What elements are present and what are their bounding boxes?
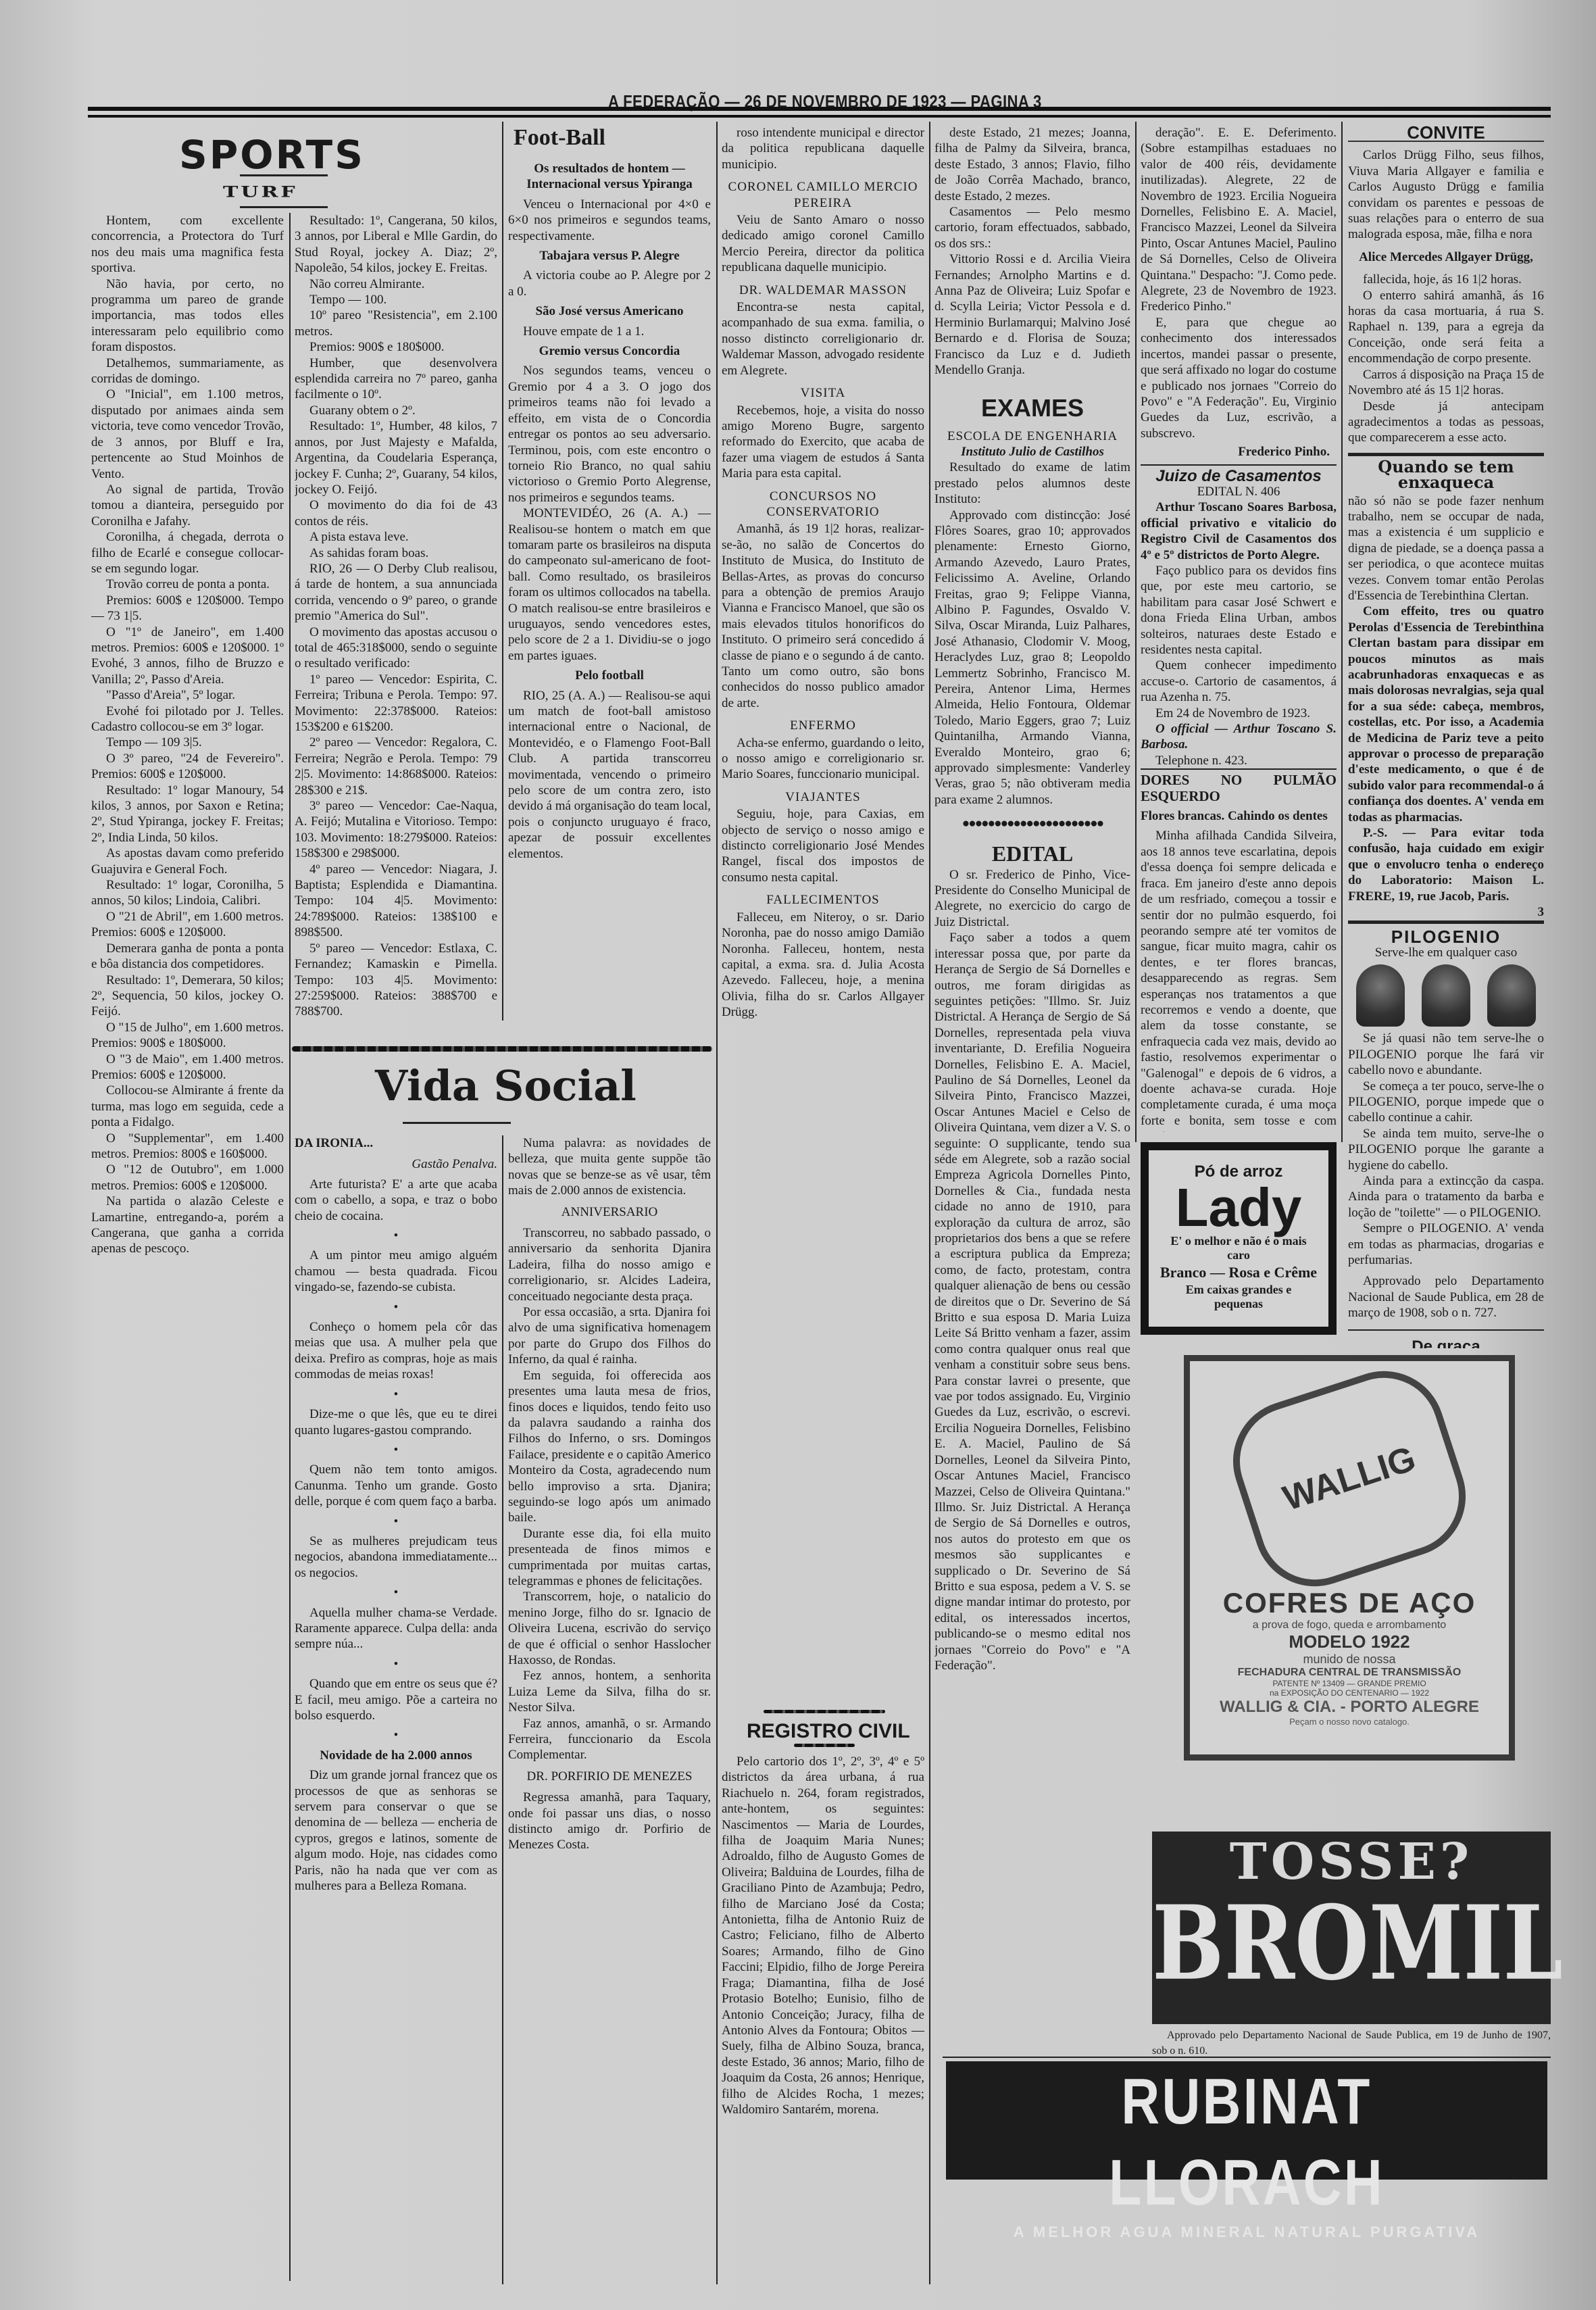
turf-paragraph: O "1º de Janeiro", em 1.400 metros. Prem… (91, 624, 284, 688)
registro-civil-text: Pelo cartorio dos 1º, 2º, 3º, 4º e 5º di… (722, 1754, 924, 2288)
news-paragraph: Seguiu, hoje, para Caxias, em objecto de… (722, 806, 924, 885)
ad-divider (943, 2057, 1551, 2058)
social-paragraph: Transcorreu, no sabbado passado, o anniv… (508, 1225, 711, 1304)
wallig-ad-model: MODELO 1922 (1190, 1631, 1509, 1652)
social-paragraph: Por essa occasião, a srta. Djanira foi a… (508, 1304, 711, 1368)
masthead-rule (88, 107, 1551, 111)
turf-paragraph: Collocou-se Almirante á frente da turma,… (91, 1083, 284, 1130)
news-paragraph: Recebemos, hoje, a visita do nosso amigo… (722, 403, 924, 482)
pilogenio-paragraph: Sempre o PILOGENIO. A' venda em todas as… (1348, 1221, 1544, 1268)
convite-paragraph: Carros á disposição na Praça 15 de Novem… (1348, 367, 1544, 399)
separator-dot: • (295, 1585, 497, 1600)
edital-paragraph: Faço saber a todos a quem interessar pos… (934, 930, 1130, 1673)
convite-paragraph: fallecida, hoje, ás 16 1|2 horas. (1348, 272, 1544, 287)
social-paragraph: Em seguida, foi offerecida aos presentes… (508, 1368, 711, 1526)
bromil-approval-text: Approvado pelo Departamento Nacional de … (1152, 2028, 1551, 2059)
dores-subtitle: Flores brancas. Cahindo os dentes (1141, 808, 1337, 824)
column-divider (502, 122, 503, 1021)
head-silhouette-icon (1422, 964, 1470, 1027)
lady-ad-line3: Branco — Rosa e Crême (1149, 1262, 1328, 1283)
news-paragraph: Veiu de Santo Amaro o nosso dedicado ami… (722, 212, 924, 276)
turf-paragraph: Resultado: 1º logar Manoury, 54 kilos, 3… (91, 783, 284, 846)
casamentos-names: Vittorio Rossi e d. Arcilia Vieira Ferna… (934, 251, 1130, 378)
football-match-heading: São José versus Americano (508, 303, 711, 319)
pilogenio-paragraph: Se começa a ter pouco, serve-lhe o PILOG… (1348, 1079, 1544, 1126)
football-paragraph: MONTEVIDÉO, 26 (A. A.) — Realisou-se hon… (508, 506, 711, 664)
turf-paragraph: 1º pareo — Vencedor: Espirita, C. Ferrei… (295, 672, 497, 735)
football-paragraph: Houve empate de 1 a 1. (508, 324, 711, 339)
lady-ad-brand: Lady (1149, 1181, 1328, 1234)
turf-paragraph: Premios: 900$ e 180$000. (295, 339, 497, 355)
exames-paragraph: Approvado com distincção: José Flôres So… (934, 508, 1130, 808)
turf-paragraph: Não havia, por certo, no programma um pa… (91, 276, 284, 355)
football-paragraph: RIO, 25 (A. A.) — Realisou-se aqui um ma… (508, 688, 711, 862)
separator-dot: • (295, 1656, 497, 1672)
football-match-heading: Gremio versus Concordia (508, 343, 711, 359)
separator-dot: • (295, 1387, 497, 1402)
turf-paragraph: Na partida o alazão Celeste e Lamartine,… (91, 1194, 284, 1257)
ironia-paragraph: Quando que em entre os seus que é? E fac… (295, 1676, 497, 1723)
turf-paragraph: Ao signal de partida, Trovão tomou a dia… (91, 482, 284, 529)
registro-civil-title: REGISTRO CIVIL (747, 1720, 910, 1743)
turf-paragraph: A pista estava leve. (295, 529, 497, 545)
sports-column-2: Resultado: 1º, Cangerana, 50 kilos, 3 an… (295, 213, 497, 1017)
enxaqueca-ps: P.-S. — Para evitar toda confusão, haja … (1348, 825, 1544, 904)
edital-title: EDITAL (934, 840, 1130, 867)
turf-paragraph: Guarany obtem o 2º. (295, 403, 497, 418)
social-paragraph: Fez annos, hontem, a senhorita Luiza Lem… (508, 1668, 711, 1715)
newspaper-page: A FEDERAÇÃO — 26 DE NOVEMBRO DE 1923 — P… (0, 0, 1596, 2310)
convite-paragraph: O enterro sahirá amanhã, ás 16 horas da … (1348, 288, 1544, 367)
news-heading: CONCURSOS NO CONSERVATORIO (722, 489, 924, 520)
social-paragraph: Faz annos, amanhã, o sr. Armando Ferreir… (508, 1716, 711, 1763)
ad-rule (1348, 920, 1544, 924)
wallig-ad-line2: munido de nossa (1190, 1652, 1509, 1667)
wallig-ad-line5: na EXPOSIÇÃO DO CENTENARIO — 1922 (1190, 1688, 1509, 1698)
ornamental-rule (292, 1046, 712, 1052)
enxaqueca-title: Quando se tem enxaqueca (1348, 459, 1544, 491)
juizo-paragraph: Quem conhecer impedimento accuse-o. Cart… (1141, 658, 1337, 705)
edital-close: E, para que chegue ao conhecimento dos i… (1141, 315, 1337, 441)
escola-heading: ESCOLA DE ENGENHARIA (934, 428, 1130, 444)
turf-paragraph: O 3º pareo, "24 de Fevereiro". Premios: … (91, 751, 284, 783)
social-subheading: ANNIVERSARIO (508, 1204, 711, 1220)
ironia-paragraph: Aquella mulher chama-se Verdade. Raramen… (295, 1605, 497, 1652)
rubinat-llorach-ad: RUBINAT LLORACH A MELHOR AGUA MINERAL NA… (946, 2061, 1547, 2180)
turf-paragraph: O "15 de Julho", em 1.600 metros. Premio… (91, 1020, 284, 1052)
lady-powder-ad: Pó de arroz Lady E' o melhor e não é o m… (1141, 1142, 1337, 1335)
turf-paragraph: O movimento do dia foi de 43 contos de r… (295, 497, 497, 529)
dores-title: DORES NO PULMÃO ESQUERDO (1141, 772, 1337, 804)
news-paragraph: roso intendente municipal e director da … (722, 125, 924, 172)
turf-paragraph: As sahidas foram boas. (295, 545, 497, 561)
vida-social-title: Vida Social (375, 1061, 637, 1110)
wallig-ad-line3: FECHADURA CENTRAL DE TRANSMISSÃO (1190, 1667, 1509, 1679)
turf-paragraph: Não correu Almirante. (295, 276, 497, 292)
football-title: Foot-Ball (514, 125, 605, 151)
vida-social-column-1: DA IRONIA... Gastão Penalva. Arte futuri… (295, 1135, 497, 2284)
news-paragraph: Amanhã, ás 19 1|2 horas, realizar-se-ão,… (722, 521, 924, 711)
football-headline: Os resultados de hontem — Internacional … (508, 161, 711, 193)
casamentos-paragraph: Casamentos — Pelo mesmo cartorio, foram … (934, 204, 1130, 251)
wallig-ad-catalog: Peçam o nosso novo catalogo. (1190, 1717, 1509, 1727)
ironia-paragraph: Dize-me o que lês, que eu te direi quant… (295, 1406, 497, 1438)
turf-paragraph: RIO, 26 — O Derby Club realisou, á tarde… (295, 561, 497, 624)
football-match-heading: Pelo football (508, 668, 711, 683)
deceased-name: Alice Mercedes Allgayer Drügg, (1348, 249, 1544, 265)
ornamental-divider: ●●●●●●●●●●●●●●●●●●●●●● (934, 816, 1130, 831)
masthead-rule-secondary (88, 115, 1551, 118)
turf-paragraph: Tempo — 100. (295, 292, 497, 308)
ironia-heading: DA IRONIA... (295, 1135, 497, 1151)
news-heading: VISITA (722, 385, 924, 401)
ironia-paragraph: Arte futurista? E' a arte que acaba com … (295, 1177, 497, 1224)
turf-paragraph: Evohé foi pilotado por J. Telles. Cadast… (91, 704, 284, 735)
lady-ad-line4: Em caixas grandes e pequenas (1149, 1283, 1328, 1311)
juizo-telephone: Telephone n. 423. (1141, 753, 1337, 768)
exames-paragraph: Resultado do exame de latim prestado pel… (934, 460, 1130, 507)
pilogenio-illustration (1348, 964, 1544, 1027)
juizo-casamentos-title: Juizo de Casamentos (1141, 468, 1337, 484)
turf-subtitle: TURF (223, 183, 298, 201)
de-graca-title: De graça (1348, 1339, 1544, 1348)
instituto-heading: Instituto Julio de Castilhos (934, 444, 1130, 460)
novidade-paragraph: Diz um grande jornal francez que os proc… (295, 1767, 497, 1894)
turf-paragraph: 4º pareo — Vencedor: Niagara, J. Baptist… (295, 862, 497, 941)
turf-paragraph: O movimento das apostas accusou o total … (295, 624, 497, 672)
ads-column: CONVITECarlos Drügg Filho, seus filhos, … (1348, 125, 1544, 1348)
novidade-heading: Novidade de ha 2.000 annos (295, 1748, 497, 1763)
pilogenio-title: PILOGENIO (1348, 929, 1544, 945)
registro-civil-paragraph: Pelo cartorio dos 1º, 2º, 3º, 4º e 5º di… (722, 1754, 924, 2117)
ironia-paragraph: Conheço o homem pela côr das meias que u… (295, 1319, 497, 1383)
column-divider (1135, 122, 1137, 1142)
wallig-logo-icon: WALLIG (1218, 1355, 1482, 1602)
ornamental-rule (764, 1710, 885, 1713)
turf-paragraph: Trovão correu de ponta a ponta. (91, 576, 284, 592)
pilogenio-paragraph: Ainda para a extincção da caspa. Ainda p… (1348, 1173, 1544, 1221)
turf-paragraph: O "21 de Abril", em 1.600 metros. Premio… (91, 909, 284, 941)
turf-paragraph: Coronilha, á chegada, derrota o filho de… (91, 529, 284, 576)
social-paragraph: Numa palavra: as novidades de belleza, q… (508, 1135, 711, 1199)
head-silhouette-icon (1356, 964, 1405, 1027)
social-paragraph: Transcorrem, hoje, o natalicio do menino… (508, 1589, 711, 1668)
rubinat-ad-tagline: A MELHOR AGUA MINERAL NATURAL PURGATIVA (946, 2223, 1547, 2241)
football-paragraph: Nos segundos teams, venceu o Gremio por … (508, 363, 711, 506)
ad-rule (1348, 1329, 1544, 1331)
edital-continuation: deração". E. E. Deferimento. (Sobre esta… (1141, 125, 1337, 315)
turf-paragraph: O "Inicial", em 1.100 metros, disputado … (91, 387, 284, 481)
turf-paragraph: Detalhemos, summariamente, as corridas d… (91, 355, 284, 387)
ornamental-rule (794, 1744, 855, 1747)
convite-paragraph: Desde já antecipam agradecimentos a toda… (1348, 399, 1544, 446)
turf-paragraph: "Passo d'Areia", 5º logar. (91, 687, 284, 703)
registry-paragraph: deste Estado, 21 mezes; Joanna, filha de… (934, 125, 1130, 204)
sports-rule (240, 174, 328, 176)
separator-dot: • (295, 1442, 497, 1458)
news-paragraph: Acha-se enfermo, guardando o leito, o no… (722, 735, 924, 783)
pilogenio-subtitle: Serve-lhe em qualquer caso (1348, 945, 1544, 960)
turf-paragraph: Resultado: 1º, Demerara, 50 kilos; 2º, S… (91, 973, 284, 1020)
editais-column: deração". E. E. Deferimento. (Sobre esta… (1141, 125, 1337, 1132)
separator-dot: • (295, 1228, 497, 1244)
news-heading: ENFERMO (722, 718, 924, 733)
bromil-ad-brand: BROMIL (1152, 1882, 1551, 2004)
column-divider (716, 122, 718, 2284)
football-column: Os resultados de hontem — Internacional … (508, 157, 711, 1015)
social-subheading: DR. PORFIRIO DE MENEZES (508, 1769, 711, 1784)
news-paragraph: Falleceu, em Niteroy, o sr. Dario Noronh… (722, 910, 924, 1021)
turf-rule (240, 206, 328, 208)
social-paragraph: Regressa amanhã, para Taquary, onde foi … (508, 1790, 711, 1853)
separator-dot: • (295, 1300, 497, 1315)
ad-reference-mark: 3 (1348, 904, 1544, 920)
pilogenio-paragraph: Se ainda tem muito, serve-lhe o PILOGENI… (1348, 1126, 1544, 1173)
news-heading: CORONEL CAMILLO MERCIO PEREIRA (722, 179, 924, 211)
turf-paragraph: Resultado: 1º, Cangerana, 50 kilos, 3 an… (295, 213, 497, 276)
convite-title: CONVITE (1348, 125, 1544, 142)
turf-paragraph: O "12 de Outubro", em 1.000 metros. Prem… (91, 1162, 284, 1194)
sports-title: SPORTS (179, 132, 365, 178)
vida-social-column-2: Numa palavra: as novidades de belleza, q… (508, 1135, 711, 2284)
turf-paragraph: Premios: 600$ e 120$000. Tempo — 73 1|5. (91, 593, 284, 624)
ironia-paragraph: A um pintor meu amigo alguém chamou — be… (295, 1248, 497, 1295)
edital-intro: O sr. Frederico de Pinho, Vice-President… (934, 867, 1130, 931)
wallig-ad-title: COFRES DE AÇO (1190, 1587, 1509, 1619)
convite-paragraph: Carlos Drügg Filho, seus filhos, Viuva M… (1348, 147, 1544, 242)
turf-paragraph: O "Supplementar", em 1.400 metros. Premi… (91, 1131, 284, 1162)
wallig-ad-line4: PATENTE Nº 13409 — GRANDE PREMIO (1190, 1679, 1509, 1688)
turf-paragraph: Tempo — 109 3|5. (91, 735, 284, 750)
dores-paragraph: Minha afilhada Candida Silveira, aos 18 … (1141, 828, 1337, 1132)
column-divider (502, 1135, 503, 2284)
wallig-logo-text: WALLIG (1278, 1438, 1421, 1519)
local-news-column: roso intendente municipal e director da … (722, 125, 924, 1666)
column-divider (1341, 122, 1343, 1142)
vida-social-rule (403, 1122, 511, 1124)
news-heading: DR. WALDEMAR MASSON (722, 282, 924, 298)
turf-paragraph: 5º pareo — Vencedor: Estlaxa, C. Fernand… (295, 941, 497, 1017)
juizo-signature: O official — Arthur Toscano S. Barbosa. (1141, 721, 1337, 753)
turf-paragraph: Demerara ganha de ponta a ponta e bôa di… (91, 941, 284, 973)
juizo-lead: Arthur Toscano Soares Barbosa, official … (1141, 499, 1337, 563)
wallig-ad-company: WALLIG & CIA. - PORTO ALEGRE (1190, 1698, 1509, 1717)
rubinat-ad-brand: RUBINAT LLORACH (1000, 2061, 1493, 2223)
juizo-paragraph: Faço publico para os devidos fins que, p… (1141, 563, 1337, 658)
lady-ad-line2: E' o melhor e não é o mais caro (1149, 1234, 1328, 1262)
section-rule (1141, 464, 1337, 466)
bromil-ad: TOSSE? BROMIL (1152, 1832, 1551, 2024)
turf-paragraph: 10º pareo "Resistencia", em 2.100 metros… (295, 308, 497, 339)
social-paragraph: Durante esse dia, foi ella muito present… (508, 1526, 711, 1590)
section-rule (1141, 768, 1337, 770)
turf-paragraph: As apostas davam como preferido Guajuvir… (91, 845, 284, 877)
news-heading: VIAJANTES (722, 789, 924, 805)
wallig-ad-line1: a prova de fogo, queda e arrombamento (1190, 1619, 1509, 1631)
separator-dot: • (295, 1514, 497, 1529)
exames-title: EXAMES (934, 395, 1130, 422)
football-match-heading: Tabajara versus P. Alegre (508, 248, 711, 264)
football-paragraph: Venceu o Internacional por 4×0 e 6×0 nos… (508, 197, 711, 244)
pilogenio-approval: Approvado pelo Departamento Nacional de … (1348, 1273, 1544, 1321)
turf-paragraph: 2º pareo — Vencedor: Regalora, C. Ferrei… (295, 735, 497, 798)
turf-paragraph: Hontem, com excellente concorrencia, a P… (91, 213, 284, 276)
ad-rule (1348, 453, 1544, 456)
head-silhouette-icon (1487, 964, 1536, 1027)
enxaqueca-paragraph: Com effeito, tres ou quatro Perolas d'Es… (1348, 604, 1544, 825)
sports-column-1: Hontem, com excellente concorrencia, a P… (91, 213, 284, 2281)
separator-dot: • (295, 1727, 497, 1743)
turf-paragraph: Resultado: 1º logar, Coronilha, 5 annos,… (91, 877, 284, 909)
column-divider (929, 122, 930, 2284)
edital-signature: Frederico Pinho. (1147, 444, 1330, 460)
ironia-paragraph: Quem não tem tonto amigos. Canunma. Tenh… (295, 1462, 497, 1509)
pilogenio-paragraph: Se já quasi não tem serve-lhe o PILOGENI… (1348, 1031, 1544, 1078)
turf-paragraph: Humber, que desenvolvera esplendida carr… (295, 355, 497, 403)
juizo-edital-number: EDITAL N. 406 (1141, 484, 1337, 499)
ironia-author: Gastão Penalva. (295, 1156, 497, 1172)
turf-paragraph: Resultado: 1º, Humber, 48 kilos, 7 annos… (295, 418, 497, 497)
juizo-date: Em 24 de Novembro de 1923. (1141, 706, 1337, 721)
football-paragraph: A victoria coube ao P. Alegre por 2 a 0. (508, 268, 711, 299)
turf-paragraph: O "3 de Maio", em 1.400 metros. Premios:… (91, 1052, 284, 1083)
registry-editais-column: deste Estado, 21 mezes; Joanna, filha de… (934, 125, 1130, 2284)
turf-paragraph: 3º pareo — Vencedor: Cae-Naqua, A. Feijó… (295, 798, 497, 862)
news-paragraph: Encontra-se nesta capital, acompanhado d… (722, 299, 924, 378)
enxaqueca-paragraph: não só não se pode fazer nenhum trabalho… (1348, 493, 1544, 604)
column-divider (289, 213, 291, 2281)
news-heading: FALLECIMENTOS (722, 892, 924, 908)
wallig-safes-ad: WALLIG COFRES DE AÇO a prova de fogo, qu… (1184, 1355, 1515, 1761)
ironia-paragraph: Se as mulheres prejudicam teus negocios,… (295, 1533, 497, 1581)
